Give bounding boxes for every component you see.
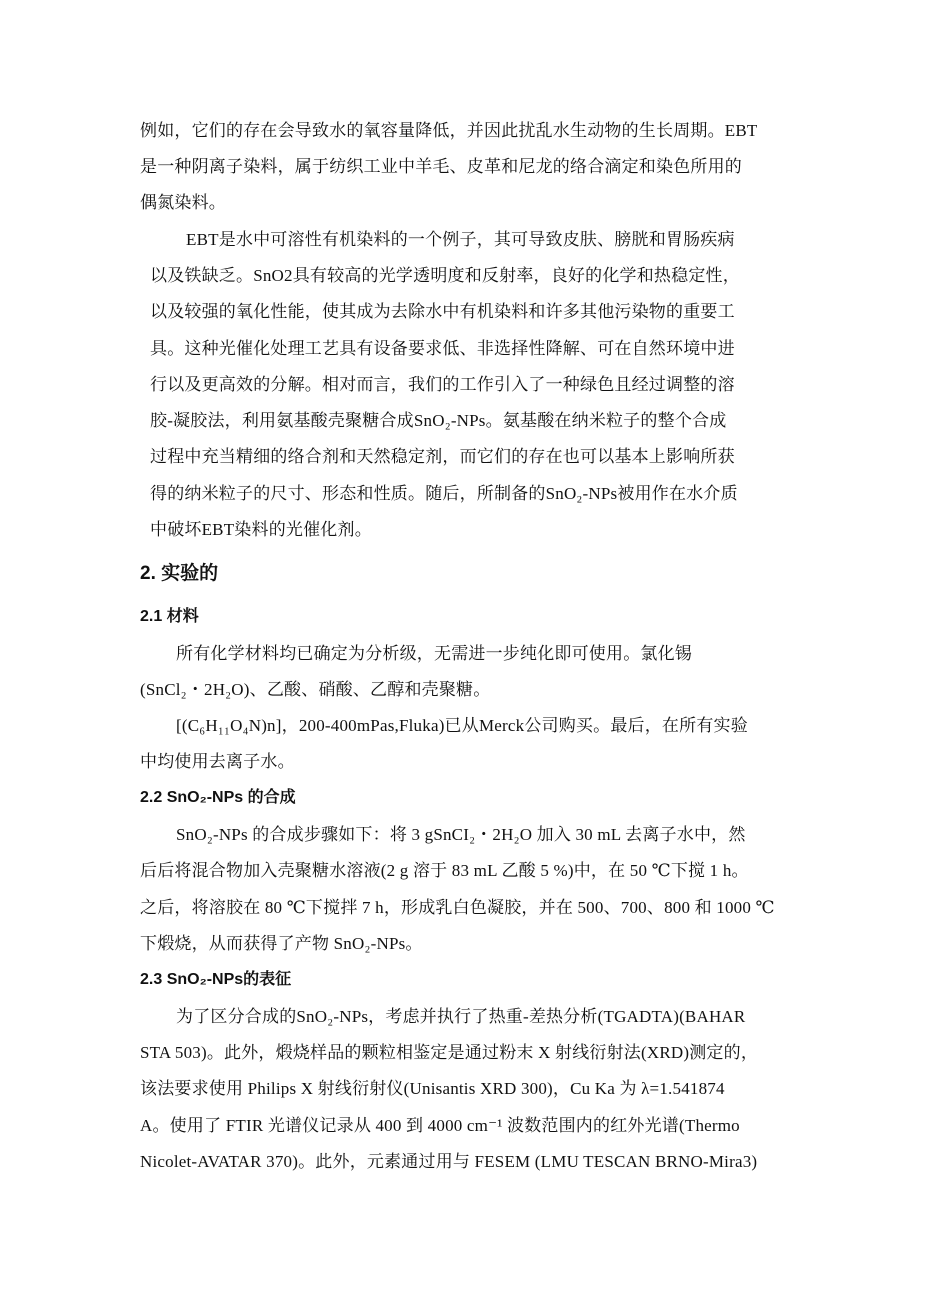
text-line: 得的纳米粒子的尺寸、形态和性质。随后，所制备的SnO₂-NPs被用作在水介质 xyxy=(150,483,738,505)
text-line: (SnCl₂・2H₂O)、乙酸、硝酸、乙醇和壳聚糖。 xyxy=(140,679,490,701)
text-line: A。使用了 FTIR 光谱仪记录从 400 到 4000 cm⁻¹ 波数范围内的… xyxy=(140,1115,740,1137)
text-line: 以及较强的氧化性能，使其成为去除水中有机染料和许多其他污染物的重要工 xyxy=(150,301,735,323)
text-line: SnO₂-NPs 的合成步骤如下：将 3 gSnCI₂・2H₂O 加入 30 m… xyxy=(140,824,746,846)
text-line: 行以及更高效的分解。相对而言，我们的工作引入了一种绿色且经过调整的溶 xyxy=(150,374,735,396)
text-line: 之后，将溶胶在 80 ℃下搅拌 7 h，形成乳白色凝胶，并在 500、700、8… xyxy=(140,897,775,919)
document-page: 例如，它们的存在会导致水的氧容量降低，并因此扰乱水生动物的生长周期。EBT 是一… xyxy=(0,0,925,1309)
subsection-heading: 2.2 SnO₂-NPs 的合成 xyxy=(140,787,296,809)
section-heading: 2. 实验的 xyxy=(140,562,218,586)
text-line: 下煅烧，从而获得了产物 SnO₂-NPs。 xyxy=(140,933,423,955)
text-line: 该法要求使用 Philips X 射线衍射仪(Unisantis XRD 300… xyxy=(140,1078,725,1100)
text-line: 中均使用去离子水。 xyxy=(140,751,295,773)
text-line: 胶-凝胶法，利用氨基酸壳聚糖合成SnO₂-NPs。氨基酸在纳米粒子的整个合成 xyxy=(150,410,726,432)
text-line: Nicolet-AVATAR 370)。此外，元素通过用与 FESEM (LMU… xyxy=(140,1151,757,1173)
subsection-heading: 2.1 材料 xyxy=(140,606,199,628)
text-line: 以及铁缺乏。SnO2具有较高的光学透明度和反射率，良好的化学和热稳定性， xyxy=(150,265,740,287)
text-line: 所有化学材料均已确定为分析级，无需进一步纯化即可使用。氯化锡 xyxy=(140,643,692,665)
text-line: 过程中充当精细的络合剂和天然稳定剂，而它们的存在也可以基本上影响所获 xyxy=(150,446,735,468)
text-line: 后后将混合物加入壳聚糖水溶液(2 g 溶于 83 mL 乙酸 5 %)中，在 5… xyxy=(140,860,749,882)
text-line: 是一种阴离子染料，属于纺织工业中羊毛、皮革和尼龙的络合滴定和染色所用的 xyxy=(140,156,742,178)
text-line: 例如，它们的存在会导致水的氧容量降低，并因此扰乱水生动物的生长周期。EBT xyxy=(140,120,758,142)
subsection-heading: 2.3 SnO₂-NPs的表征 xyxy=(140,969,291,991)
text-line: STA 503)。此外，煅烧样品的颗粒相鉴定是通过粉末 X 射线衍射法(XRD)… xyxy=(140,1042,758,1064)
text-line: [(C₆H₁₁O₄N)n]，200-400mPas,Fluka)已从Merck公… xyxy=(140,715,748,737)
text-line: 具。这种光催化处理工艺具有设备要求低、非选择性降解、可在自然环境中进 xyxy=(150,338,735,360)
text-line: EBT是水中可溶性有机染料的一个例子，其可导致皮肤、膀胱和胃肠疾病 xyxy=(150,229,735,251)
text-line: 中破坏EBT染料的光催化剂。 xyxy=(150,519,372,541)
text-line: 偶氮染料。 xyxy=(140,192,226,214)
text-line: 为了区分合成的SnO₂-NPs，考虑并执行了热重-差热分析(TGADTA)(BA… xyxy=(140,1006,745,1028)
